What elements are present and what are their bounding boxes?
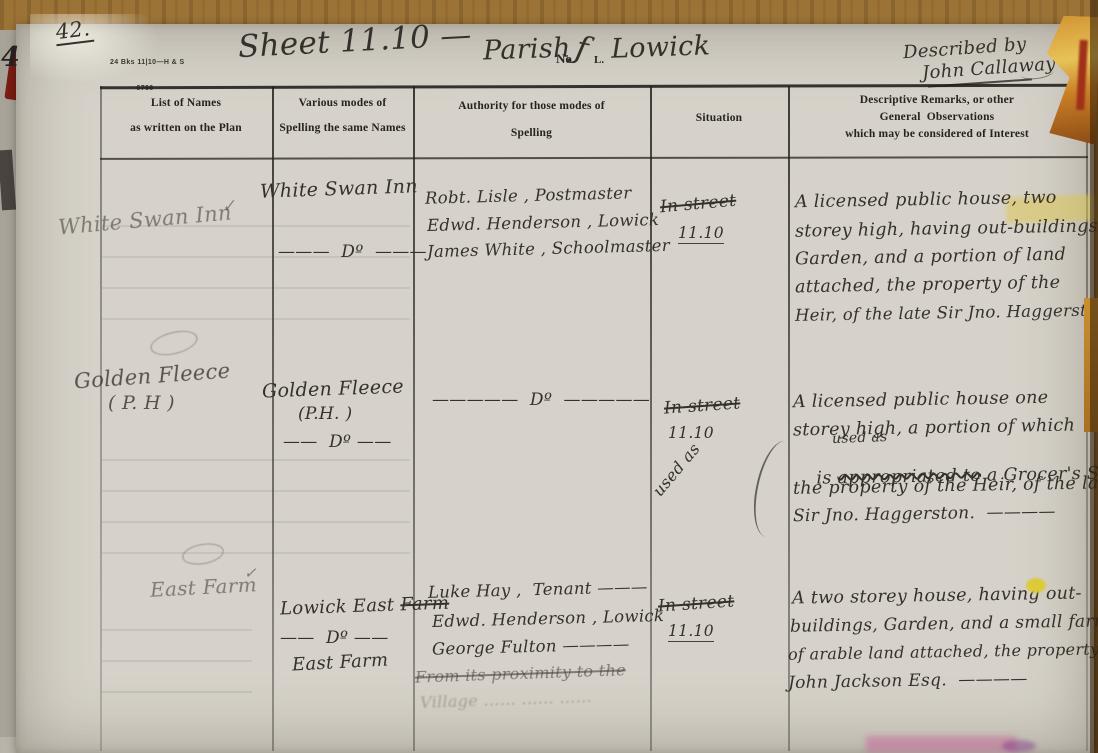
row3-check-mark: ✓	[244, 566, 257, 581]
row3-remarks-4: John Jackson Esq. ————	[788, 671, 1028, 692]
header-col2-line2: Spelling the same Names	[272, 122, 413, 135]
row1-situation-ref: 11.10	[678, 226, 724, 244]
row1-spelling: White Swan Inn	[260, 177, 418, 201]
row3-situation-ref: 11.10	[668, 624, 714, 642]
parish-l-label: L.	[594, 54, 604, 67]
row3-spelling-1-pre: Lowick East	[280, 594, 401, 619]
header-col2-line1: Various modes of	[272, 97, 413, 110]
header-col5-line1: Descriptive Remarks, or other	[788, 94, 1086, 107]
row1-check-mark: ✓	[221, 197, 237, 215]
row3-spelling-2: East Farm	[292, 651, 389, 674]
yellow-dot-stain	[1026, 578, 1046, 593]
row2-spelling-2: (P.H. )	[298, 406, 352, 423]
row1-ditto: ——— Dº ———	[278, 244, 427, 261]
row2-situation-ref: 11.10	[668, 426, 714, 442]
header-col3-line1: Authority for those modes of	[413, 100, 650, 113]
header-col1-line1: List of Names	[100, 97, 272, 110]
office-stamp-line1: 24 Bks 11|10—H & S	[110, 59, 180, 68]
purple-dot-bottom	[1002, 740, 1036, 752]
page-number: 42.	[54, 18, 95, 46]
row3-ditto: —— Dº ——	[280, 630, 389, 647]
row3-plan-name: East Farm	[150, 574, 258, 600]
row2-authority-ditto: ————— Dº —————	[432, 392, 650, 409]
under-page-numeral: 4	[1, 44, 20, 71]
header-col4: Situation	[650, 112, 788, 125]
row2-remarks-5: Sir Jno. Haggerston. ————	[793, 504, 1056, 526]
header-col1-line2: as written on the Plan	[100, 122, 272, 135]
row2-remarks-1: A licensed public house one	[793, 390, 1049, 412]
header-col5-line3: which may be considered of Interest	[788, 128, 1086, 141]
parish-name: Lowick	[611, 32, 711, 62]
bleedthrough-ruled-lines-3	[102, 600, 252, 710]
row2-remarks-note: used as	[832, 430, 888, 446]
header-col3-line2: Spelling	[413, 127, 650, 140]
header-col5-line2: General Observations	[788, 111, 1086, 124]
pink-smear-bottom	[866, 736, 1016, 752]
edge-shadow-right	[1090, 0, 1098, 753]
row2-ditto: —— Dº ——	[283, 434, 392, 451]
table-vline-4	[650, 86, 652, 751]
row2-spelling-1: Golden Fleece	[262, 378, 404, 402]
scanned-document-photo: 42. 4 24 Bks 11|10—H & S 6766 Sheet 11.1…	[0, 0, 1098, 753]
row2-plan-line2: ( P. H )	[108, 394, 175, 413]
